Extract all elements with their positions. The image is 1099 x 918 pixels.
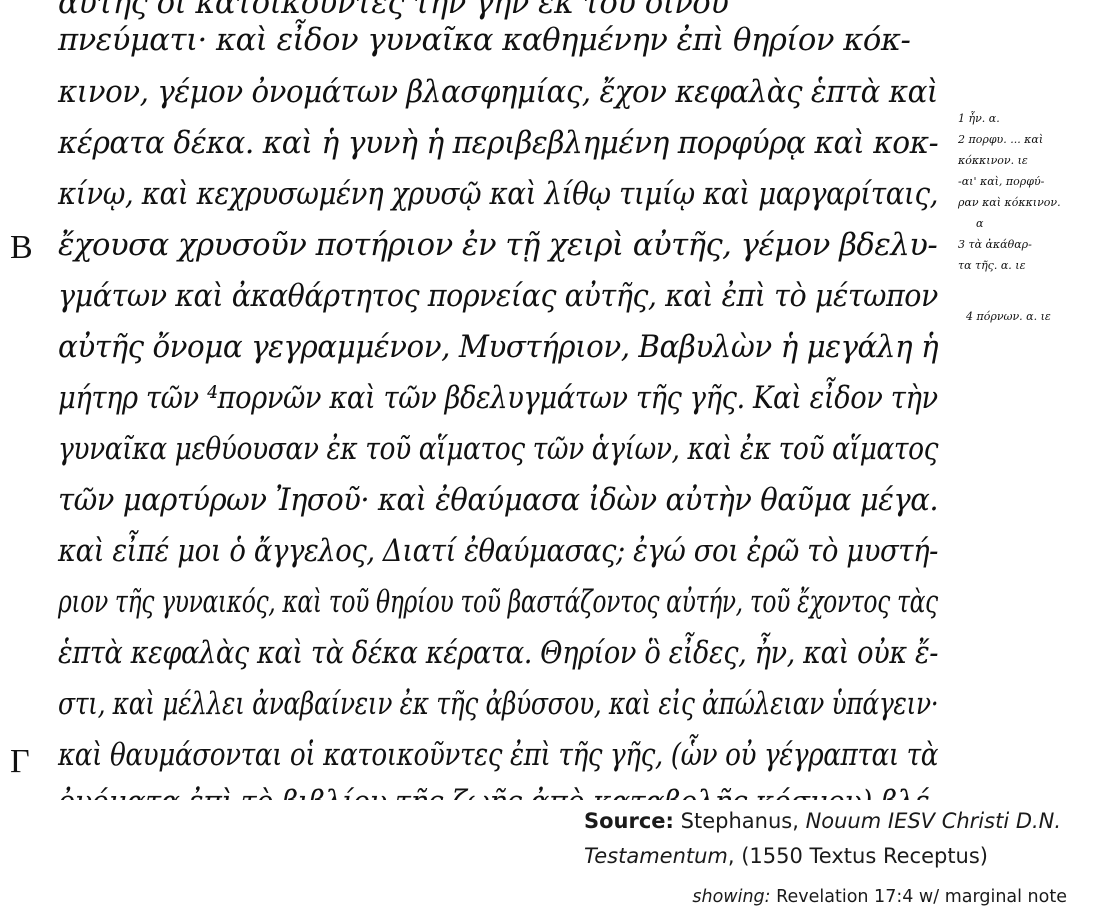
greek-text-line: ἑπτὰ κεφαλὰς καὶ τὰ δέκα κέρατα. Θηρίον … — [58, 628, 842, 679]
showing-text: Revelation 17:4 w/ marginal note — [776, 887, 1067, 907]
greek-text-line: κίνῳ, καὶ κεχρυσωμένη χρυσῷ καὶ λίθῳ τιμ… — [58, 169, 856, 220]
greek-text-line: ὀνόματα ἐπὶ τὸ βιβλίον τῆς ζωῆς ἀπὸ κατα… — [58, 777, 879, 800]
greek-text-line: καὶ εἶπέ μοι ὁ ἄγγελος, Διατί ἐθαύμασας;… — [58, 526, 848, 577]
greek-text-line: πνεύματι· καὶ εἶδον γυναῖκα καθημένην ἐπ… — [58, 15, 938, 66]
greek-text-line: γμάτων καὶ ἀκαθάρτητος πορνείας αὐτῆς, κ… — [58, 271, 878, 322]
greek-text-line: ριον τῆς γυναικός, καὶ τοῦ θηρίου τοῦ βα… — [58, 577, 731, 628]
marginal-note: 3 τὰ ἀκάθαρ- — [958, 234, 1093, 255]
marginal-note: τα τῆς. α. ιε — [958, 255, 1093, 276]
showing-label: showing: — [692, 887, 770, 907]
source-title-line1: Nouum IESV Christi D.N. — [806, 809, 1062, 833]
greek-text-line: τῶν μαρτύρων Ἰησοῦ· καὶ ἐθαύμασα ἰδὼν αὐ… — [58, 475, 891, 526]
greek-text-line: γυναῖκα μεθύουσαν ἐκ τοῦ αἵματος τῶν ἁγί… — [58, 424, 819, 475]
greek-text-line: κέρατα δέκα. καὶ ἡ γυνὴ ἡ περιβεβλημένη … — [58, 118, 910, 169]
greek-text-line: μήτηρ τῶν ⁴πορνῶν καὶ τῶν βδελυγμάτων τῆ… — [58, 373, 844, 424]
greek-text-line: στι, καὶ μέλλει ἀναβαίνειν ἐκ τῆς ἀβύσσο… — [58, 679, 777, 730]
margin-section-letter-gamma: Γ — [10, 742, 30, 782]
source-edition: , (1550 Textus Receptus) — [728, 844, 988, 868]
marginal-note: 1 ἦν. α. — [958, 108, 1093, 129]
marginal-note: ραν καὶ κόκκινον. — [958, 192, 1093, 213]
marginal-note-spacer — [958, 276, 1093, 306]
source-author: Stephanus, — [681, 809, 799, 833]
greek-text-line: καὶ θαυμάσονται οἱ κατοικοῦντες ἐπὶ τῆς … — [58, 730, 813, 781]
showing-note: showing: Revelation 17:4 w/ marginal not… — [692, 883, 1067, 911]
marginal-note: -αι' καὶ, πορφύ- — [958, 171, 1093, 192]
greek-text-line: κινον, γέμον ὀνομάτων βλασφημίας, ἔχον κ… — [58, 67, 899, 118]
marginal-note: α — [958, 213, 1093, 234]
greek-text-line: ἔχουσα χρυσοῦν ποτήριον ἐν τῇ χειρὶ αὐτῆ… — [58, 220, 938, 271]
source-title-line2: Testamentum — [584, 844, 728, 868]
marginal-note: 2 πορφυ. ... καὶ — [958, 129, 1093, 150]
source-label: Source: — [584, 809, 674, 833]
greek-text-line: αὐτῆς ὄνομα γεγραμμένον, Μυστήριον, Βαβυ… — [58, 322, 901, 373]
marginal-notes: 1 ἦν. α. 2 πορφυ. ... καὶ κόκκινον. ιε -… — [958, 108, 1093, 327]
margin-section-letter-b: B — [10, 228, 33, 268]
marginal-note: 4 πόρνων. α. ιε — [958, 306, 1093, 327]
source-caption: Source: Stephanus, Nouum IESV Christi D.… — [584, 804, 1084, 874]
marginal-note: κόκκινον. ιε — [958, 150, 1093, 171]
scanned-page-image: B Γ αὐτῆς οἱ κατοικοῦντες τὴν γῆν ἐκ τοῦ… — [0, 0, 1099, 800]
